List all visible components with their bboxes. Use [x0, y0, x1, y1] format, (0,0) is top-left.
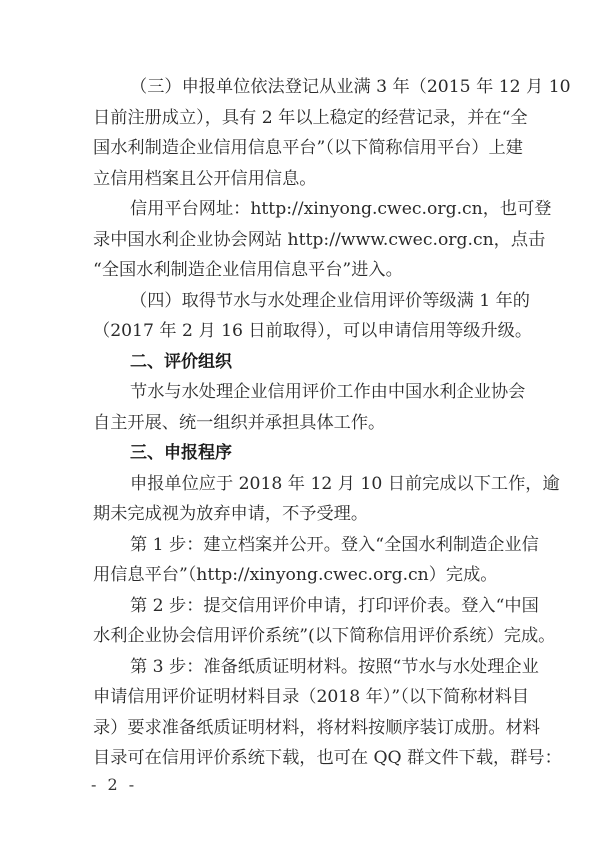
text-line: 申请信用评价证明材料目录（2018 年）”（以下简称材料目: [93, 682, 509, 713]
section-heading-evaluation-organization: 二、评价组织: [93, 347, 509, 378]
section-heading-application-procedure: 三、申报程序: [93, 438, 509, 469]
text-line: 申报单位应于 2018 年 12 月 10 日前完成以下工作，逾: [93, 469, 509, 500]
text-line: 国水利制造企业信用信息平台”（以下简称信用平台）上建: [93, 133, 509, 164]
text-line: 自主开展、统一组织并承担具体工作。: [93, 408, 509, 439]
text-line: 立信用档案且公开信用信息。: [93, 164, 509, 195]
text-line: 目录可在信用评价系统下载，也可在 QQ 群文件下载，群号：: [93, 743, 509, 774]
text-line: 第 3 步：准备纸质证明材料。按照“节水与水处理企业: [93, 652, 509, 683]
text-line: 录）要求准备纸质证明材料，将材料按顺序装订成册。材料: [93, 713, 509, 744]
text-line: 节水与水处理企业信用评价工作由中国水利企业协会: [93, 377, 509, 408]
page-number: - 2 -: [91, 775, 137, 794]
text-line: （2017 年 2 月 16 日前取得），可以申请信用等级升级。: [93, 316, 509, 347]
text-line: 水利企业协会信用评价系统”(以下简称信用评价系统）完成。: [93, 621, 509, 652]
text-line: 录中国水利企业协会网站 http://www.cwec.org.cn，点击: [93, 225, 509, 256]
text-line: （三）申报单位依法登记从业满 3 年（2015 年 12 月 10: [93, 72, 509, 103]
text-line: 信用平台网址：http://xinyong.cwec.org.cn，也可登: [93, 194, 509, 225]
text-line: （四）取得节水与水处理企业信用评价等级满 1 年的: [93, 286, 509, 317]
document-page: （三）申报单位依法登记从业满 3 年（2015 年 12 月 10 日前注册成立…: [93, 72, 509, 774]
text-line: “全国水利制造企业信用信息平台”进入。: [93, 255, 509, 286]
text-line: 用信息平台”（http://xinyong.cwec.org.cn）完成。: [93, 560, 509, 591]
text-line: 日前注册成立），具有 2 年以上稳定的经营记录，并在“全: [93, 103, 509, 134]
text-line: 第 1 步：建立档案并公开。登入“全国水利制造企业信: [93, 530, 509, 561]
text-line: 期未完成视为放弃申请，不予受理。: [93, 499, 509, 530]
text-line: 第 2 步：提交信用评价申请，打印评价表。登入“中国: [93, 591, 509, 622]
